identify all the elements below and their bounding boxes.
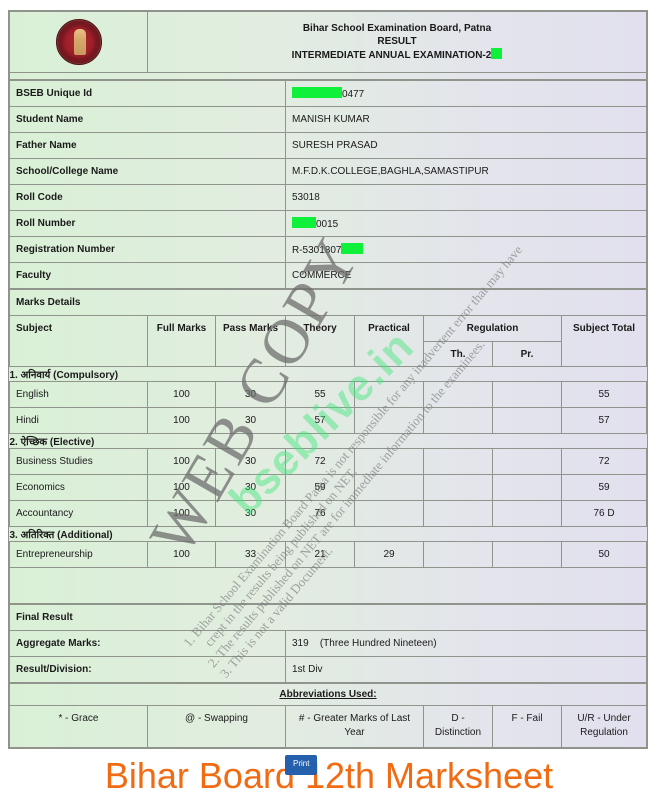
full-marks: 100 — [148, 542, 216, 568]
regulation-practical — [493, 382, 562, 408]
practical-marks: 29 — [355, 542, 424, 568]
redaction-mark — [292, 217, 316, 228]
final-result-table: Final Result Aggregate Marks: 319 (Three… — [9, 604, 647, 683]
final-result-heading: Final Result — [10, 605, 647, 631]
col-practical: Practical — [355, 316, 424, 367]
abbreviation-item: F - Fail — [493, 706, 562, 748]
field-value: COMMERCE — [286, 263, 647, 289]
logo-cell — [10, 12, 148, 73]
col-subject: Subject — [10, 316, 148, 367]
subject-name: Entrepreneurship — [10, 542, 148, 568]
bseb-emblem-icon — [56, 19, 102, 65]
abbreviation-item: * - Grace — [10, 706, 148, 748]
pass-marks: 30 — [216, 501, 286, 527]
marks-details-heading: Marks Details — [10, 290, 647, 316]
abbreviation-item: # - Greater Marks of Last Year — [286, 706, 424, 748]
subject-name: Economics — [10, 475, 148, 501]
aggregate-label: Aggregate Marks: — [10, 631, 286, 657]
col-reg-practical: Pr. — [493, 342, 562, 367]
student-info-row: School/College NameM.F.D.K.COLLEGE,BAGHL… — [10, 159, 647, 185]
board-name: Bihar School Examination Board, Patna — [154, 22, 640, 35]
field-value: 0015 — [286, 211, 647, 237]
field-label: Faculty — [10, 263, 286, 289]
field-value: 0477 — [286, 81, 647, 107]
aggregate-value: 319 (Three Hundred Nineteen) — [286, 631, 647, 657]
abbreviation-item: U/R - Under Regulation — [562, 706, 647, 748]
subject-row: English100305555 — [10, 382, 647, 408]
field-value: MANISH KUMAR — [286, 107, 647, 133]
practical-marks — [355, 382, 424, 408]
marks-table: Marks Details Subject Full Marks Pass Ma… — [9, 289, 647, 604]
col-regulation: Regulation — [424, 316, 562, 342]
subject-row: Accountancy100307676 D — [10, 501, 647, 527]
pass-marks: 30 — [216, 475, 286, 501]
field-label: Registration Number — [10, 237, 286, 263]
full-marks: 100 — [148, 501, 216, 527]
regulation-practical — [493, 501, 562, 527]
subject-total: 50 — [562, 542, 647, 568]
regulation-theory — [424, 449, 493, 475]
field-label: School/College Name — [10, 159, 286, 185]
subject-total: 59 — [562, 475, 647, 501]
header-titles: Bihar School Examination Board, Patna RE… — [148, 12, 647, 73]
pass-marks: 30 — [216, 449, 286, 475]
student-info-row: Father NameSURESH PRASAD — [10, 133, 647, 159]
subject-group-heading: 3. अतिरिक्त (Additional) — [10, 527, 647, 542]
field-label: Roll Code — [10, 185, 286, 211]
student-info-row: Roll Code53018 — [10, 185, 647, 211]
abbreviation-item: D - Distinction — [424, 706, 493, 748]
student-info-row: BSEB Unique Id0477 — [10, 81, 647, 107]
practical-marks — [355, 449, 424, 475]
full-marks: 100 — [148, 475, 216, 501]
practical-marks — [355, 475, 424, 501]
subject-total: 55 — [562, 382, 647, 408]
pass-marks: 30 — [216, 408, 286, 434]
field-value: R-5301807 — [286, 237, 647, 263]
regulation-practical — [493, 542, 562, 568]
regulation-theory — [424, 408, 493, 434]
result-title: RESULT — [154, 35, 640, 48]
subject-name: Business Studies — [10, 449, 148, 475]
abbreviations-table: Abbreviations Used: * - Grace@ - Swappin… — [9, 683, 647, 748]
full-marks: 100 — [148, 382, 216, 408]
footer-title: Bihar Board 12th Marksheet — [0, 755, 658, 796]
pass-marks: 33 — [216, 542, 286, 568]
regulation-practical — [493, 449, 562, 475]
print-button[interactable]: Print — [285, 755, 317, 775]
abbreviation-item: @ - Swapping — [148, 706, 286, 748]
regulation-theory — [424, 501, 493, 527]
col-theory: Theory — [286, 316, 355, 367]
redaction-mark — [341, 243, 363, 254]
field-value: SURESH PRASAD — [286, 133, 647, 159]
student-info-row: Registration NumberR-5301807 — [10, 237, 647, 263]
regulation-theory — [424, 475, 493, 501]
theory-marks: 76 — [286, 501, 355, 527]
student-info-row: Student NameMANISH KUMAR — [10, 107, 647, 133]
exam-title: INTERMEDIATE ANNUAL EXAMINATION-2 — [154, 48, 640, 62]
subject-total: 76 D — [562, 501, 647, 527]
regulation-practical — [493, 408, 562, 434]
field-value: 53018 — [286, 185, 647, 211]
result-sheet: Bihar School Examination Board, Patna RE… — [8, 10, 648, 749]
redaction-mark — [292, 87, 342, 98]
student-info-row: FacultyCOMMERCE — [10, 263, 647, 289]
field-label: Student Name — [10, 107, 286, 133]
theory-marks: 21 — [286, 542, 355, 568]
subject-total: 72 — [562, 449, 647, 475]
field-value: M.F.D.K.COLLEGE,BAGHLA,SAMASTIPUR — [286, 159, 647, 185]
col-pass-marks: Pass Marks — [216, 316, 286, 367]
abbreviations-heading: Abbreviations Used: — [10, 684, 647, 706]
subject-group-heading: 2. ऐच्छिक (Elective) — [10, 434, 647, 449]
subject-name: Accountancy — [10, 501, 148, 527]
subject-name: English — [10, 382, 148, 408]
theory-marks: 57 — [286, 408, 355, 434]
subject-total: 57 — [562, 408, 647, 434]
regulation-theory — [424, 382, 493, 408]
subject-row: Entrepreneurship10033212950 — [10, 542, 647, 568]
col-subject-total: Subject Total — [562, 316, 647, 367]
full-marks: 100 — [148, 449, 216, 475]
practical-marks — [355, 408, 424, 434]
col-full-marks: Full Marks — [148, 316, 216, 367]
student-info-table: BSEB Unique Id0477Student NameMANISH KUM… — [9, 80, 647, 289]
col-reg-theory: Th. — [424, 342, 493, 367]
subject-name: Hindi — [10, 408, 148, 434]
division-value: 1st Div — [286, 657, 647, 683]
header-table: Bihar School Examination Board, Patna RE… — [9, 11, 647, 80]
field-label: BSEB Unique Id — [10, 81, 286, 107]
practical-marks — [355, 501, 424, 527]
subject-group-heading: 1. अनिवार्य (Compulsory) — [10, 367, 647, 382]
full-marks: 100 — [148, 408, 216, 434]
blank-row — [10, 568, 647, 604]
spacer-row — [10, 73, 647, 80]
subject-row: Economics100305959 — [10, 475, 647, 501]
theory-marks: 59 — [286, 475, 355, 501]
student-info-row: Roll Number0015 — [10, 211, 647, 237]
subject-row: Business Studies100307272 — [10, 449, 647, 475]
theory-marks: 55 — [286, 382, 355, 408]
field-label: Father Name — [10, 133, 286, 159]
regulation-theory — [424, 542, 493, 568]
subject-row: Hindi100305757 — [10, 408, 647, 434]
regulation-practical — [493, 475, 562, 501]
field-label: Roll Number — [10, 211, 286, 237]
pass-marks: 30 — [216, 382, 286, 408]
theory-marks: 72 — [286, 449, 355, 475]
division-label: Result/Division: — [10, 657, 286, 683]
